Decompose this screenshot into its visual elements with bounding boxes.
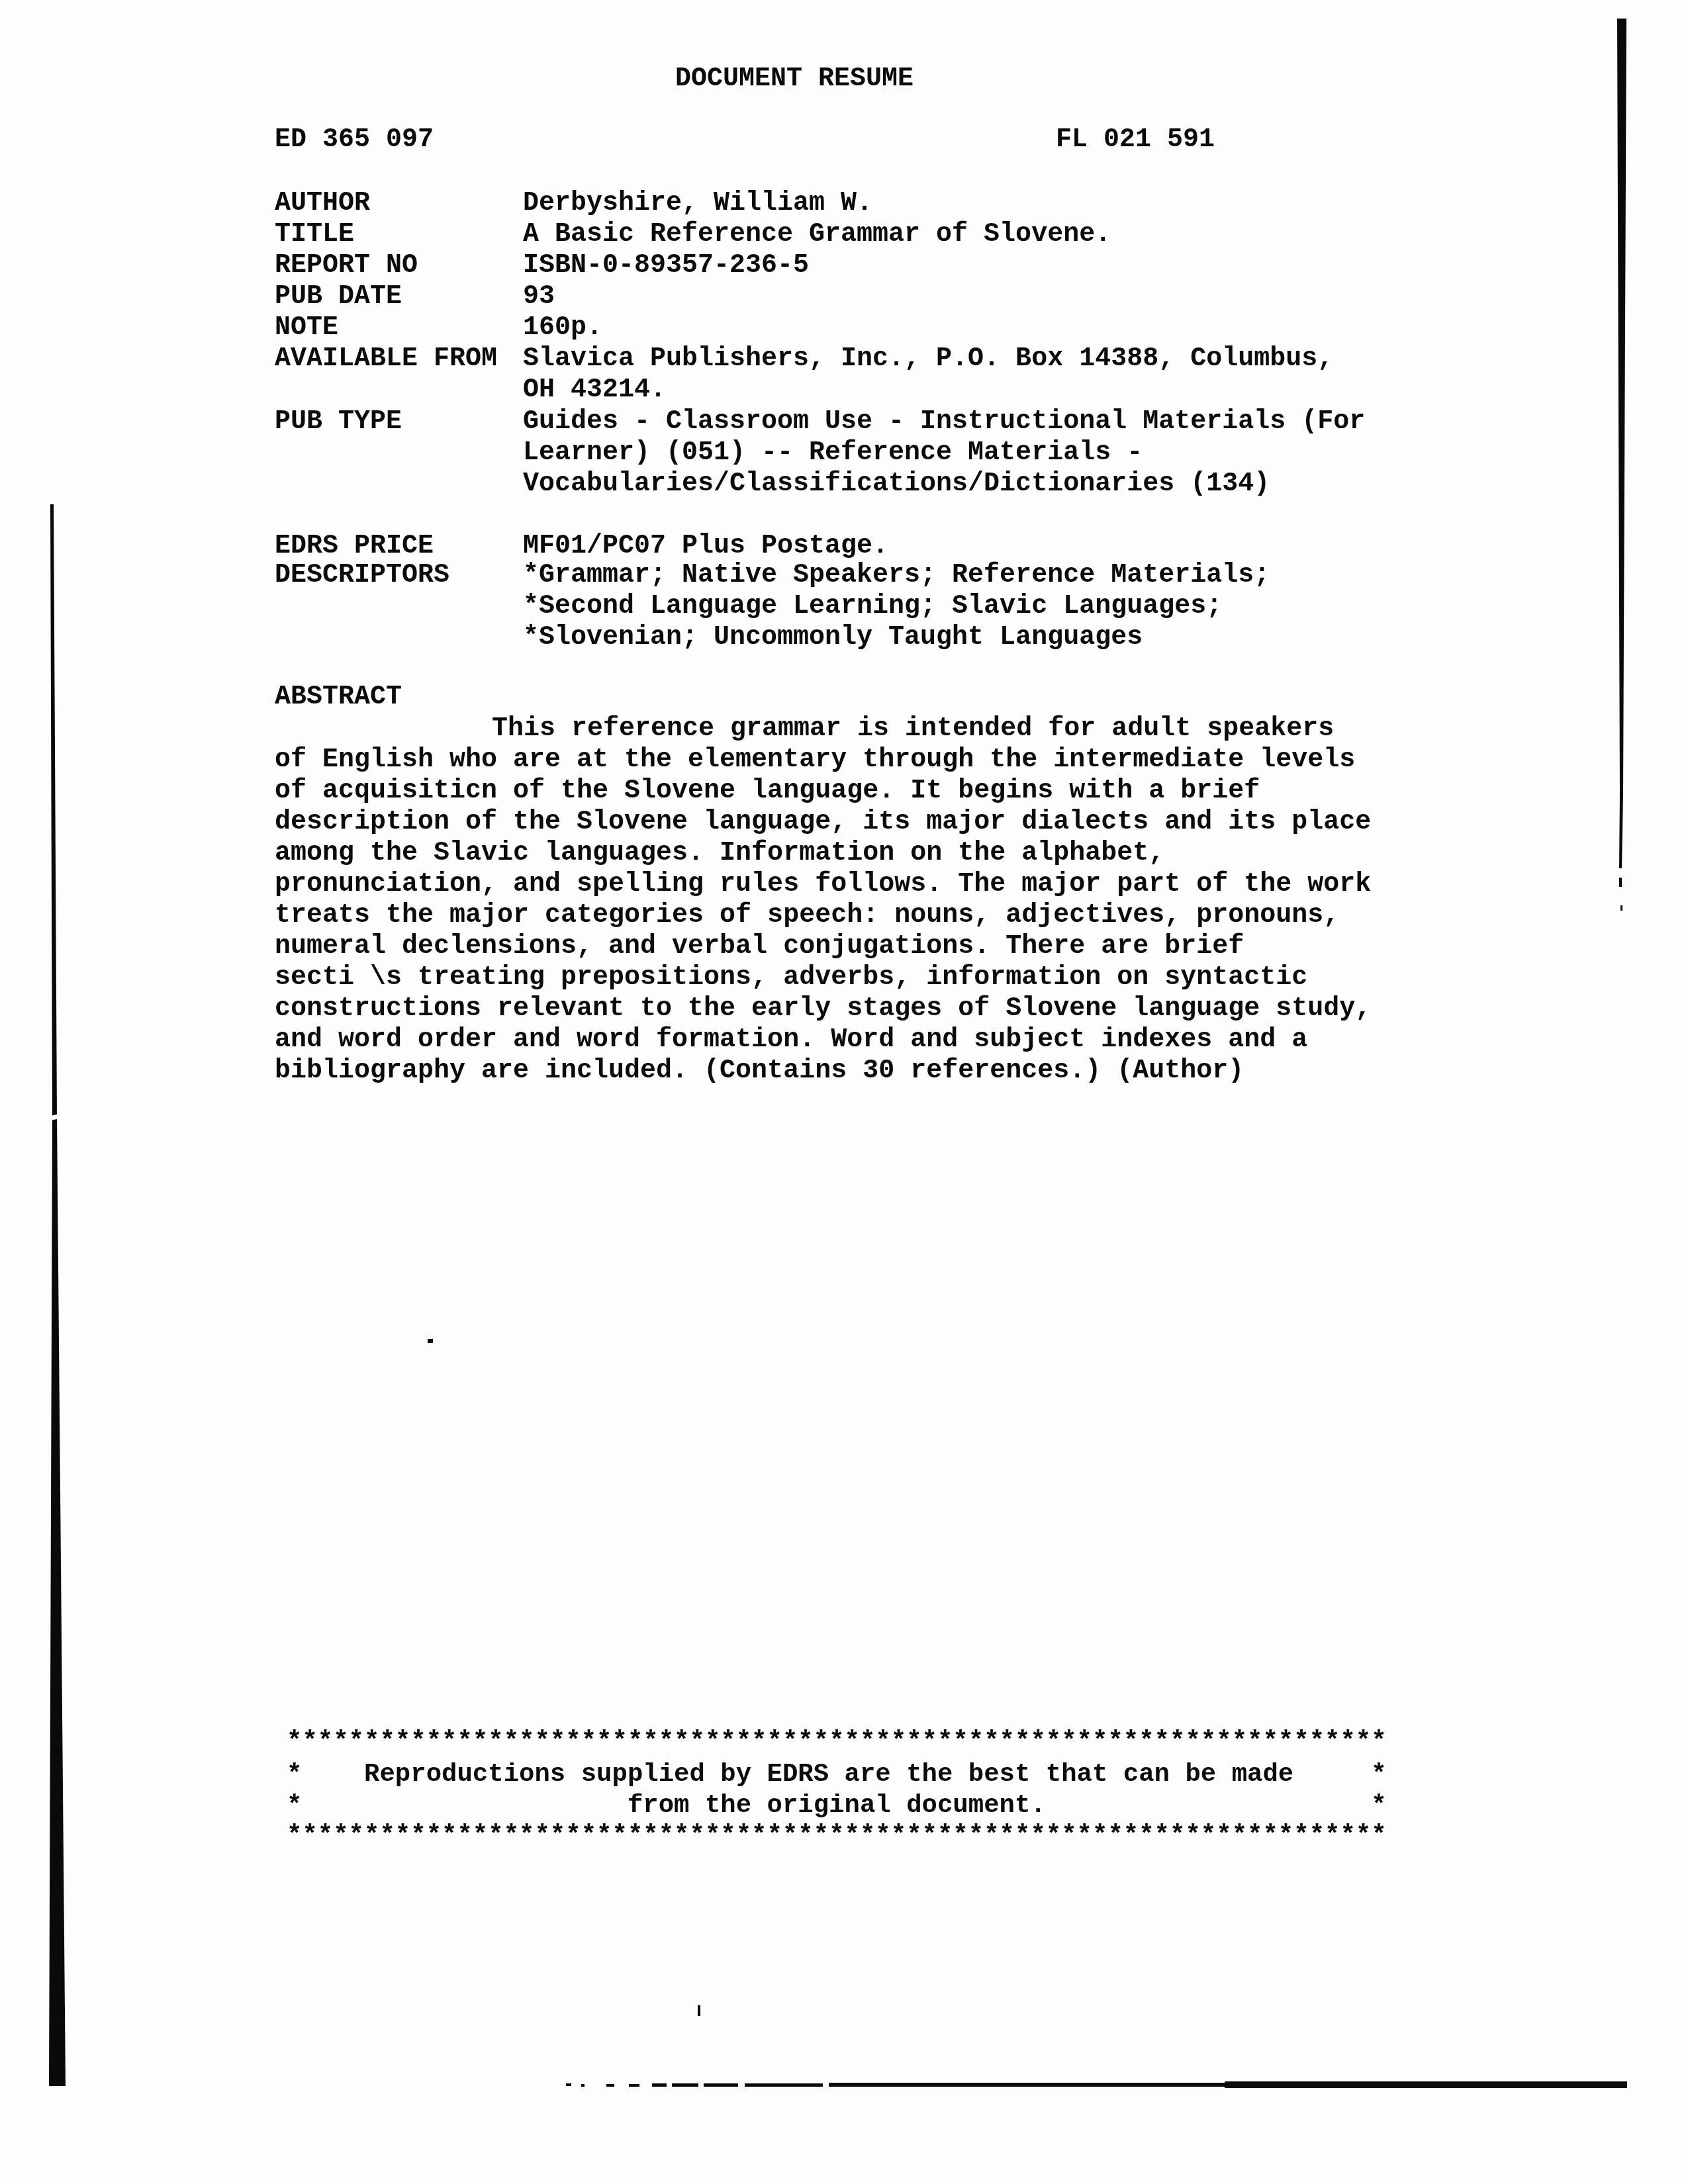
footer-asterisk-row-bottom: ****************************************…	[287, 1823, 1387, 1848]
footer-notice-line-1: * Reproductions supplied by EDRS are the…	[287, 1762, 1387, 1788]
stray-ink-dot	[428, 1339, 433, 1343]
fl-number: FL 021 591	[1056, 127, 1215, 154]
right-edge-speck	[1619, 878, 1622, 887]
abstract-line: This reference grammar is intended for a…	[492, 716, 1334, 743]
field-value-pub-type-2: Learner) (051) -- Reference Materials -	[523, 440, 1143, 467]
scan-artifacts-layer	[0, 0, 1688, 2184]
abstract-line: and word order and word formation. Word …	[275, 1027, 1307, 1054]
field-value-report-no: ISBN-0-89357-236-5	[523, 253, 809, 279]
left-edge-scan-bar	[49, 504, 66, 2086]
right-edge-speck	[1620, 905, 1622, 911]
footer-asterisk-row-top: ****************************************…	[287, 1729, 1387, 1754]
field-label-title: TITLE	[275, 222, 354, 248]
field-label-report-no: REPORT NO	[275, 253, 418, 279]
abstract-line: of English who are at the elementary thr…	[275, 747, 1355, 774]
bottom-rule-dot	[566, 2083, 571, 2086]
bottom-rule-dot	[581, 2084, 585, 2087]
field-label-available-from: AVAILABLE FROM	[275, 346, 497, 373]
field-value-pub-type: Guides - Classroom Use - Instructional M…	[523, 409, 1365, 435]
abstract-line: description of the Slovene language, its…	[275, 809, 1371, 836]
field-label-note: NOTE	[275, 315, 338, 341]
bottom-rule-dash	[629, 2084, 639, 2087]
abstract-line: bibliography are included. (Contains 30 …	[275, 1058, 1244, 1085]
field-label-descriptors: DESCRIPTORS	[275, 563, 449, 589]
stray-ink-tick	[698, 2005, 700, 2016]
ed-number: ED 365 097	[275, 127, 434, 154]
abstract-line: constructions relevant to the early stag…	[275, 996, 1371, 1023]
bottom-rule-dash	[745, 2083, 823, 2087]
field-value-note: 160p.	[523, 315, 602, 341]
field-value-descriptors: *Grammar; Native Speakers; Reference Mat…	[523, 563, 1270, 589]
field-value-title: A Basic Reference Grammar of Slovene.	[523, 222, 1111, 248]
abstract-line: of acquisiticn of the Slovene language. …	[275, 778, 1260, 805]
scanned-document-page: DOCUMENT RESUME ED 365 097 FL 021 591 AU…	[0, 0, 1688, 2184]
field-label-edrs-price: EDRS PRICE	[275, 533, 434, 560]
abstract-line: treats the major categories of speech: n…	[275, 903, 1339, 929]
field-label-pub-type: PUB TYPE	[275, 409, 402, 435]
footer-notice-line-2: * from the original document. *	[287, 1793, 1387, 1819]
right-edge-scan-bar	[1617, 19, 1626, 868]
field-value-descriptors-3: *Slovenian; Uncommonly Taught Languages	[523, 625, 1143, 651]
bottom-rule-dash	[606, 2084, 614, 2087]
field-value-edrs-price: MF01/PC07 Plus Postage.	[523, 533, 888, 560]
abstract-line: numeral declensions, and verbal conjugat…	[275, 934, 1244, 960]
field-value-descriptors-2: *Second Language Learning; Slavic Langua…	[523, 594, 1222, 620]
field-value-author: Derbyshire, William W.	[523, 191, 872, 217]
abstract-line: among the Slavic languages. Information …	[275, 841, 1164, 867]
field-label-pub-date: PUB DATE	[275, 284, 402, 310]
bottom-rule-dash	[672, 2083, 698, 2087]
bottom-rule-dash	[704, 2083, 738, 2087]
abstract-line: pronunciation, and spelling rules follow…	[275, 872, 1371, 898]
doc-title: DOCUMENT RESUME	[675, 66, 914, 93]
abstract-line: secti \s treating prepositions, adverbs,…	[275, 965, 1307, 991]
bottom-rule-dash	[652, 2083, 667, 2087]
field-value-pub-date: 93	[523, 284, 555, 310]
field-value-available-from-2: OH 43214.	[523, 377, 666, 404]
bottom-rule-line-thick	[1225, 2081, 1627, 2088]
abstract-heading: ABSTRACT	[275, 684, 402, 711]
field-value-pub-type-3: Vocabularies/Classifications/Dictionarie…	[523, 471, 1270, 498]
field-label-author: AUTHOR	[275, 191, 370, 217]
field-value-available-from: Slavica Publishers, Inc., P.O. Box 14388…	[523, 346, 1333, 373]
